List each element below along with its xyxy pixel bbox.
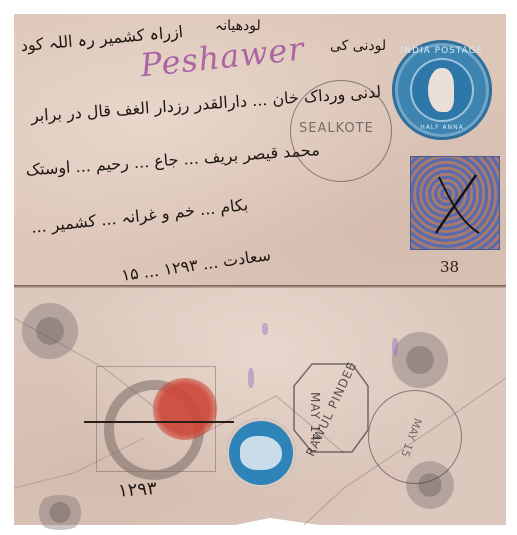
rawul-pindee-date: MAY 14 — [308, 392, 322, 442]
receiving-postmark: MAY 15 — [368, 390, 462, 484]
purple-ink-mark — [248, 368, 254, 388]
queen-portrait-frame — [412, 60, 472, 120]
number-note: 38 — [440, 258, 459, 276]
purple-ink-mark — [262, 323, 268, 335]
manuscript-line-2: لودھیانہ — [215, 18, 261, 34]
purple-ink-mark — [392, 338, 398, 356]
queen-victoria-profile-icon — [428, 68, 454, 112]
ink-strike-line — [84, 421, 234, 423]
india-postage-stamp: INDIA POSTAGE HALF ANNA — [392, 40, 492, 140]
back-manuscript-note: ۱۲۹۳ — [117, 478, 157, 502]
manuscript-line-3: لودنی کی — [330, 38, 386, 54]
sealkote-postmark: SEALKOTE — [290, 80, 392, 182]
native-seal-bottom-left — [30, 495, 90, 530]
stamp-top-text: INDIA POSTAGE — [392, 46, 492, 56]
red-wax-seal — [152, 378, 218, 440]
pen-cancel-icon — [431, 167, 481, 237]
receiving-postmark-date: MAY 15 — [398, 416, 424, 458]
native-seal-top-left — [20, 296, 80, 366]
sealkote-postmark-text: SEALKOTE — [299, 121, 374, 136]
embossed-flap-seal — [226, 418, 296, 488]
rawul-pindee-postmark: RAWUL PINDEE MAY 14 — [290, 362, 370, 454]
kashmir-stamp — [410, 156, 500, 250]
embossed-crest-icon — [240, 436, 282, 470]
stamp-bottom-text: HALF ANNA — [392, 124, 492, 131]
